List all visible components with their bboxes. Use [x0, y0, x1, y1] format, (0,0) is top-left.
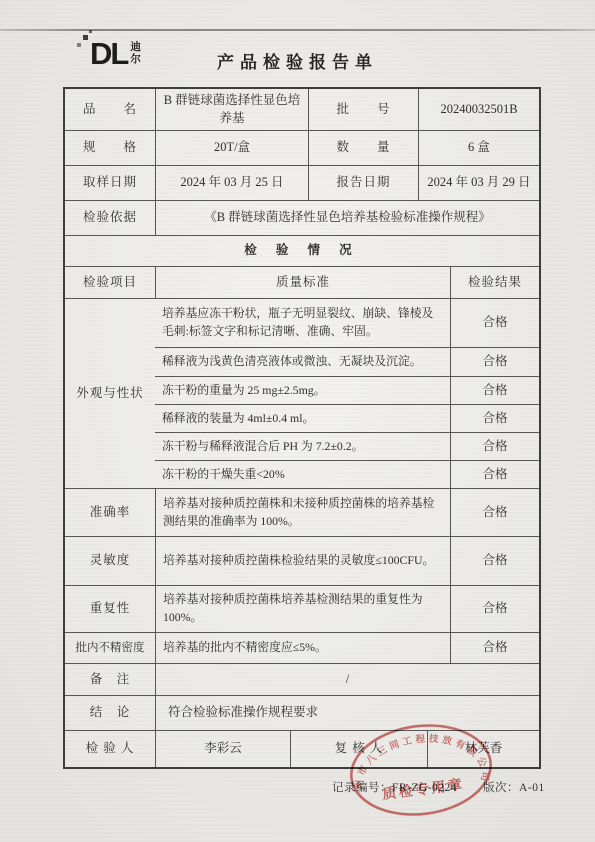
col-header-item: 检验项目 [65, 267, 155, 298]
table-row-dates: 取样日期 2024 年 03 月 25 日 报告日期 2024 年 03 月 2… [65, 165, 539, 200]
table-row-conclusion: 结 论 符合检验标准操作规程要求 [65, 695, 539, 730]
sampling-date-value: 2024 年 03 月 25 日 [155, 166, 308, 200]
standard-text: 培养基对接种质控菌株检验结果的灵敏度≤100CFU。 [155, 537, 450, 585]
conclusion-label: 结 论 [65, 696, 155, 730]
result-value: 合格 [450, 537, 539, 585]
standard-text: 稀释液为浅黄色清亮液体或微浊、无凝块及沉淀。 [155, 348, 450, 376]
group-repeatability: 重复性 培养基对接种质控菌株培养基检测结果的重复性为 100%。 合格 [65, 585, 539, 632]
standard-text: 培养基对接种质控菌株和未接种质控菌株的培养基检测结果的准确率为 100%。 [155, 489, 450, 536]
reviewer-label: 复 核 人 [290, 731, 427, 767]
col-header-standard: 质量标准 [155, 267, 450, 298]
item-repeatability-label: 重复性 [65, 586, 155, 632]
basis-label: 检验依据 [65, 201, 155, 235]
inspection-section-title: 检 验 情 况 [65, 236, 539, 266]
batch-no-label: 批 号 [308, 89, 418, 130]
item-accuracy-label: 准确率 [65, 489, 155, 536]
page-title: 产品检验报告单 [0, 48, 595, 73]
record-number-line: 记录编号：FR-ZG-0224 版次：A-01 [332, 779, 545, 795]
result-value: 合格 [450, 489, 539, 536]
col-header-result: 检验结果 [450, 267, 539, 298]
group-accuracy: 准确率 培养基对接种质控菌株和未接种质控菌株的培养基检测结果的准确率为 100%… [65, 488, 539, 536]
logo-pixel-decoration [77, 43, 81, 47]
result-value: 合格 [450, 633, 539, 663]
remark-label: 备 注 [65, 664, 155, 695]
standard-row: 稀释液为浅黄色清亮液体或微浊、无凝块及沉淀。 合格 [155, 347, 539, 376]
result-value: 合格 [450, 299, 539, 347]
reviewer-name: 林芙香 [427, 731, 539, 767]
standard-text: 培养基对接种质控菌株培养基检测结果的重复性为 100%。 [155, 586, 450, 632]
result-value: 合格 [450, 586, 539, 632]
group-imprecision: 批内不精密度 培养基的批内不精密度应≤5%。 合格 [65, 632, 539, 663]
table-row-section-title: 检 验 情 况 [65, 235, 539, 266]
inspector-name: 李彩云 [155, 731, 290, 767]
standard-row: 稀释液的装量为 4ml±0.4 ml。 合格 [155, 404, 539, 432]
standard-row: 冻干粉的干燥失重<20% 合格 [155, 460, 539, 488]
result-value: 合格 [450, 461, 539, 488]
remark-value: / [155, 664, 539, 695]
group-appearance: 外观与性状 培养基应冻干粉状，瓶子无明显裂纹、崩缺、锋棱及毛刺:标签文字和标记清… [65, 298, 539, 488]
group-sensitivity: 灵敏度 培养基对接种质控菌株检验结果的灵敏度≤100CFU。 合格 [65, 536, 539, 585]
standard-row: 冻干粉与稀释液混合后 PH 为 7.2±0.2。 合格 [155, 432, 539, 460]
table-row-product: 品 名 B 群链球菌选择性显色培养基 批 号 20240032501B [65, 89, 539, 130]
standard-text: 稀释液的装量为 4ml±0.4 ml。 [155, 405, 450, 432]
result-value: 合格 [450, 405, 539, 432]
sampling-date-label: 取样日期 [65, 166, 155, 200]
table-row-column-headers: 检验项目 质量标准 检验结果 [65, 266, 539, 298]
spec-value: 20T/盒 [155, 131, 308, 165]
standard-row: 冻干粉的重量为 25 mg±2.5mg。 合格 [155, 376, 539, 404]
inspection-report-table: 品 名 B 群链球菌选择性显色培养基 批 号 20240032501B 规 格 … [63, 87, 541, 769]
result-value: 合格 [450, 348, 539, 376]
product-name-label: 品 名 [65, 89, 155, 130]
spec-label: 规 格 [65, 131, 155, 165]
basis-value: 《B 群链球菌选择性显色培养基检验标准操作规程》 [155, 201, 539, 235]
table-row-basis: 检验依据 《B 群链球菌选择性显色培养基检验标准操作规程》 [65, 200, 539, 235]
table-row-spec: 规 格 20T/盒 数 量 6 盒 [65, 130, 539, 165]
group-appearance-rows: 培养基应冻干粉状，瓶子无明显裂纹、崩缺、锋棱及毛刺:标签文字和标记清晰、准确、牢… [155, 299, 539, 488]
table-row-signatures: 检 验 人 李彩云 复 核 人 林芙香 [65, 730, 539, 767]
standard-text: 冻干粉与稀释液混合后 PH 为 7.2±0.2。 [155, 433, 450, 460]
report-date-label: 报告日期 [308, 166, 418, 200]
logo-pixel-decoration [89, 30, 92, 33]
record-number: 记录编号：FR-ZG-0224 [332, 779, 457, 795]
item-sensitivity-label: 灵敏度 [65, 537, 155, 585]
report-header: DL 迪 尔 产品检验报告单 [0, 34, 595, 84]
table-row-remark: 备 注 / [65, 663, 539, 695]
result-value: 合格 [450, 377, 539, 404]
quantity-value: 6 盒 [418, 131, 539, 165]
version-number: 版次：A-01 [483, 779, 545, 795]
item-appearance-label: 外观与性状 [65, 299, 155, 488]
conclusion-value: 符合检验标准操作规程要求 [155, 696, 539, 730]
standard-text: 培养基的批内不精密度应≤5%。 [155, 633, 450, 663]
standard-text: 培养基应冻干粉状，瓶子无明显裂纹、崩缺、锋棱及毛刺:标签文字和标记清晰、准确、牢… [155, 299, 450, 347]
product-name-value: B 群链球菌选择性显色培养基 [155, 89, 308, 130]
result-value: 合格 [450, 433, 539, 460]
standard-text: 冻干粉的干燥失重<20% [155, 461, 450, 488]
item-imprecision-label: 批内不精密度 [65, 633, 155, 663]
batch-no-value: 20240032501B [418, 89, 539, 130]
logo-pixel-decoration [83, 35, 88, 40]
report-date-value: 2024 年 03 月 29 日 [418, 166, 539, 200]
standard-text: 冻干粉的重量为 25 mg±2.5mg。 [155, 377, 450, 404]
standard-row: 培养基应冻干粉状，瓶子无明显裂纹、崩缺、锋棱及毛刺:标签文字和标记清晰、准确、牢… [155, 299, 539, 347]
quantity-label: 数 量 [308, 131, 418, 165]
inspector-label: 检 验 人 [65, 731, 155, 767]
